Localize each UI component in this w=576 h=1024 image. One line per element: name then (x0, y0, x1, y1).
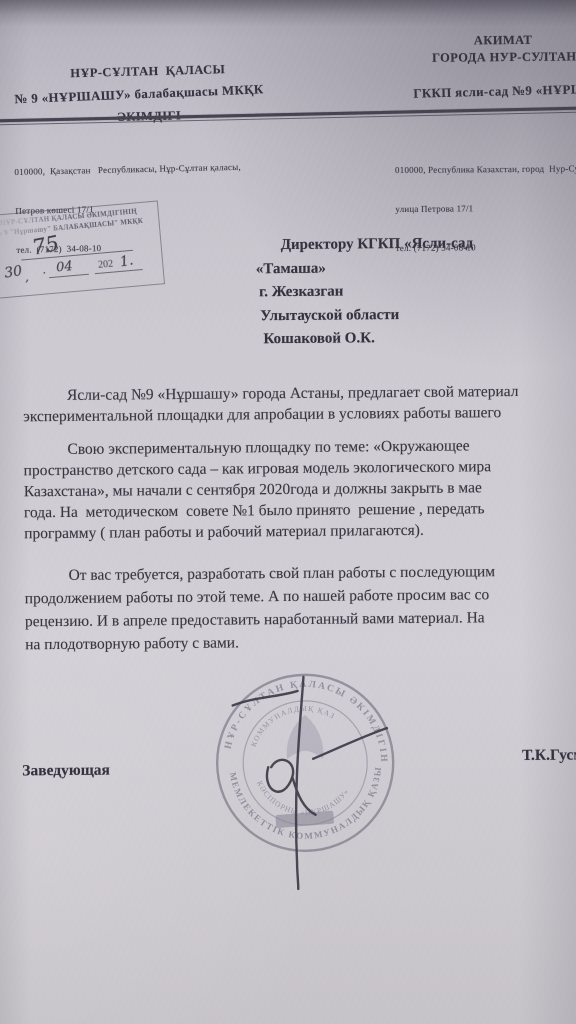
signer-name: Т.К.Гусманова (522, 746, 576, 765)
body-text-line: программу ( план работы и рабочий матери… (24, 518, 576, 545)
body-text-line: на плодотворную работу с вами. (25, 628, 576, 657)
body-text-line: От вас требуется, разработать свой план … (24, 559, 576, 588)
body-paragraph-3: От вас требуется, разработать свой план … (24, 559, 576, 657)
seal-banner (275, 811, 334, 829)
seal-emblem (286, 715, 323, 759)
addressee-line: Улытауской области (260, 302, 576, 329)
address-russian-line2: улица Петрова 17/1 (395, 201, 576, 216)
registration-number-handwritten: 75 (30, 231, 61, 260)
registration-date-day: 30 (3, 263, 23, 282)
letter-document: НҰР-СҰЛТАН ҚАЛАСЫ ӘКІМДІГІ № 9 «НҰРШАШУ»… (0, 0, 576, 1024)
registration-date-year-handwritten: 1. (119, 252, 135, 270)
registration-date-comma: , (24, 270, 29, 284)
org-name-russian-line1: АКИМАТ (474, 33, 532, 49)
body-text-line: экспериментальной площадки для апробации… (23, 401, 576, 428)
org-name-kazakh-line1: НҰР-СҰЛТАН ҚАЛАСЫ (48, 62, 248, 82)
org-name-russian-line2: ГОРОДА НУР-СУЛТАН (432, 49, 576, 65)
addressee-line: «Тамаша» (256, 255, 576, 282)
round-seal-stamp: НҰР-СҰЛТАН ҚАЛАСЫ ӘКІМДІГІНІҢ № 9 МЕМЛЕК… (204, 662, 406, 894)
registration-date-month: 04 (56, 259, 74, 275)
signer-role: Заведующая (22, 762, 110, 781)
registration-stamp: НҰР-СҰЛТАН ҚАЛАСЫ ӘКІМДІГІНІҢ № 9 "Нұрша… (0, 200, 165, 299)
addressee-line: г. Жезказган (259, 278, 576, 305)
address-russian-line1: 010000, Республика Казахстан, город Нур-… (395, 162, 576, 177)
registration-date-year-printed: 202 (98, 259, 114, 271)
registration-date-separator: . (42, 263, 47, 276)
registration-date-month-line (49, 274, 89, 279)
body-paragraph-1: Ясли-сад №9 «Нұршашу» города Астаны, пре… (23, 380, 576, 428)
photo-background: НҰР-СҰЛТАН ҚАЛАСЫ ӘКІМДІГІ № 9 «НҰРШАШУ»… (0, 0, 576, 1024)
addressee-line: Кошаковой О.К. (263, 325, 576, 352)
org-title-russian: ГККП ясли-сад №9 «НҰРШАШУ» (413, 81, 576, 102)
addressee-block: Директору КГКП «Ясли-сад «Тамаша» г. Жез… (256, 231, 576, 352)
address-kazakh-line1: 010000, Қазақстан Республикасы, Нұр-Сұлт… (14, 161, 241, 179)
body-paragraph-2: Свою экспериментальную площадку по теме:… (23, 434, 576, 545)
addressee-line: Директору КГКП «Ясли-сад (281, 231, 576, 257)
